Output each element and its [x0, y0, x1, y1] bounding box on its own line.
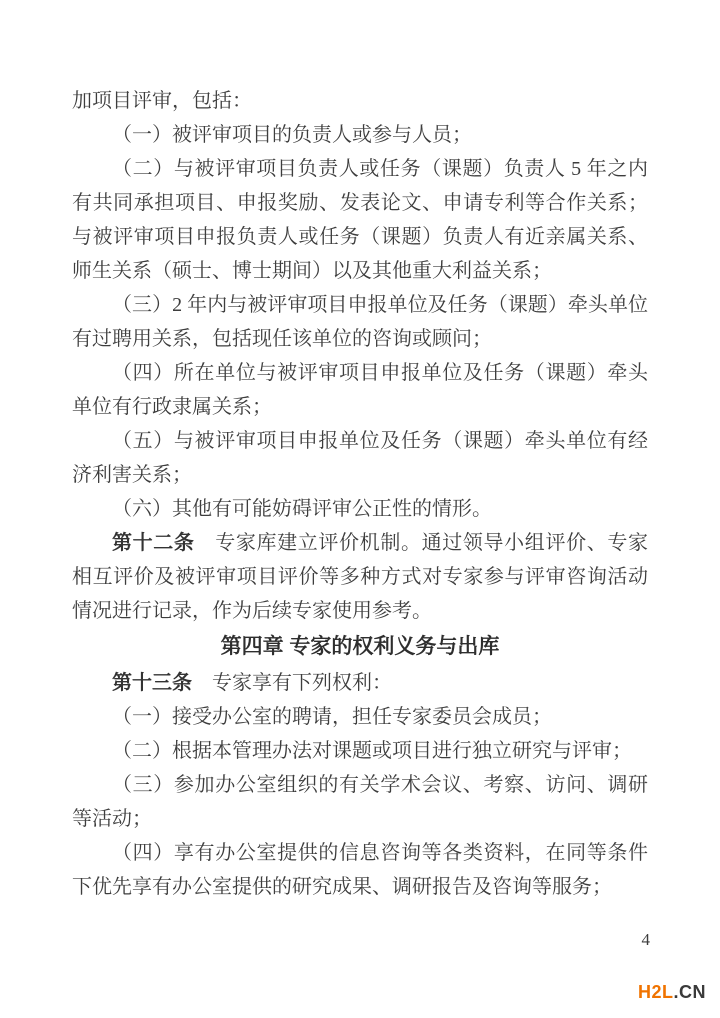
list-item: （一）被评审项目的负责人或参与人员；: [72, 118, 648, 152]
article-13-paragraph: 第十三条 专家享有下列权利：: [72, 666, 648, 700]
list-item: （二）与被评审项目负责人或任务（课题）负责人 5 年之内有共同承担项目、申报奖励…: [72, 152, 648, 288]
list-item: （一）接受办公室的聘请，担任专家委员会成员；: [72, 700, 648, 734]
paragraph-continuation: 加项目评审，包括：: [72, 84, 648, 118]
chapter-heading: 第四章 专家的权利义务与出库: [72, 630, 648, 664]
article-13-text: 专家享有下列权利：: [192, 672, 392, 694]
list-item: （三）参加办公室组织的有关学术会议、考察、访问、调研等活动；: [72, 768, 648, 836]
list-item: （三）2 年内与被评审项目申报单位及任务（课题）牵头单位有过聘用关系，包括现任该…: [72, 288, 648, 356]
list-item: （二）根据本管理办法对课题或项目进行独立研究与评审；: [72, 734, 648, 768]
article-12-label: 第十二条: [112, 532, 195, 554]
document-body: 加项目评审，包括： （一）被评审项目的负责人或参与人员； （二）与被评审项目负责…: [72, 84, 648, 904]
article-12-paragraph: 第十二条 专家库建立评价机制。通过领导小组评价、专家相互评价及被评审项目评价等多…: [72, 526, 648, 628]
watermark-brand: H2L: [638, 982, 674, 1002]
watermark-suffix: .CN: [674, 982, 707, 1002]
document-page: 加项目评审，包括： （一）被评审项目的负责人或参与人员； （二）与被评审项目负责…: [0, 0, 720, 1018]
list-item: （五）与被评审项目申报单位及任务（课题）牵头单位有经济利害关系；: [72, 424, 648, 492]
page-number: 4: [642, 930, 651, 950]
site-watermark-logo: H2L.CN: [638, 983, 706, 1001]
list-item: （六）其他有可能妨碍评审公正性的情形。: [72, 492, 648, 526]
list-item: （四）所在单位与被评审项目申报单位及任务（课题）牵头单位有行政隶属关系；: [72, 356, 648, 424]
list-item: （四）享有办公室提供的信息咨询等各类资料，在同等条件下优先享有办公室提供的研究成…: [72, 836, 648, 904]
article-13-label: 第十三条: [112, 672, 192, 694]
